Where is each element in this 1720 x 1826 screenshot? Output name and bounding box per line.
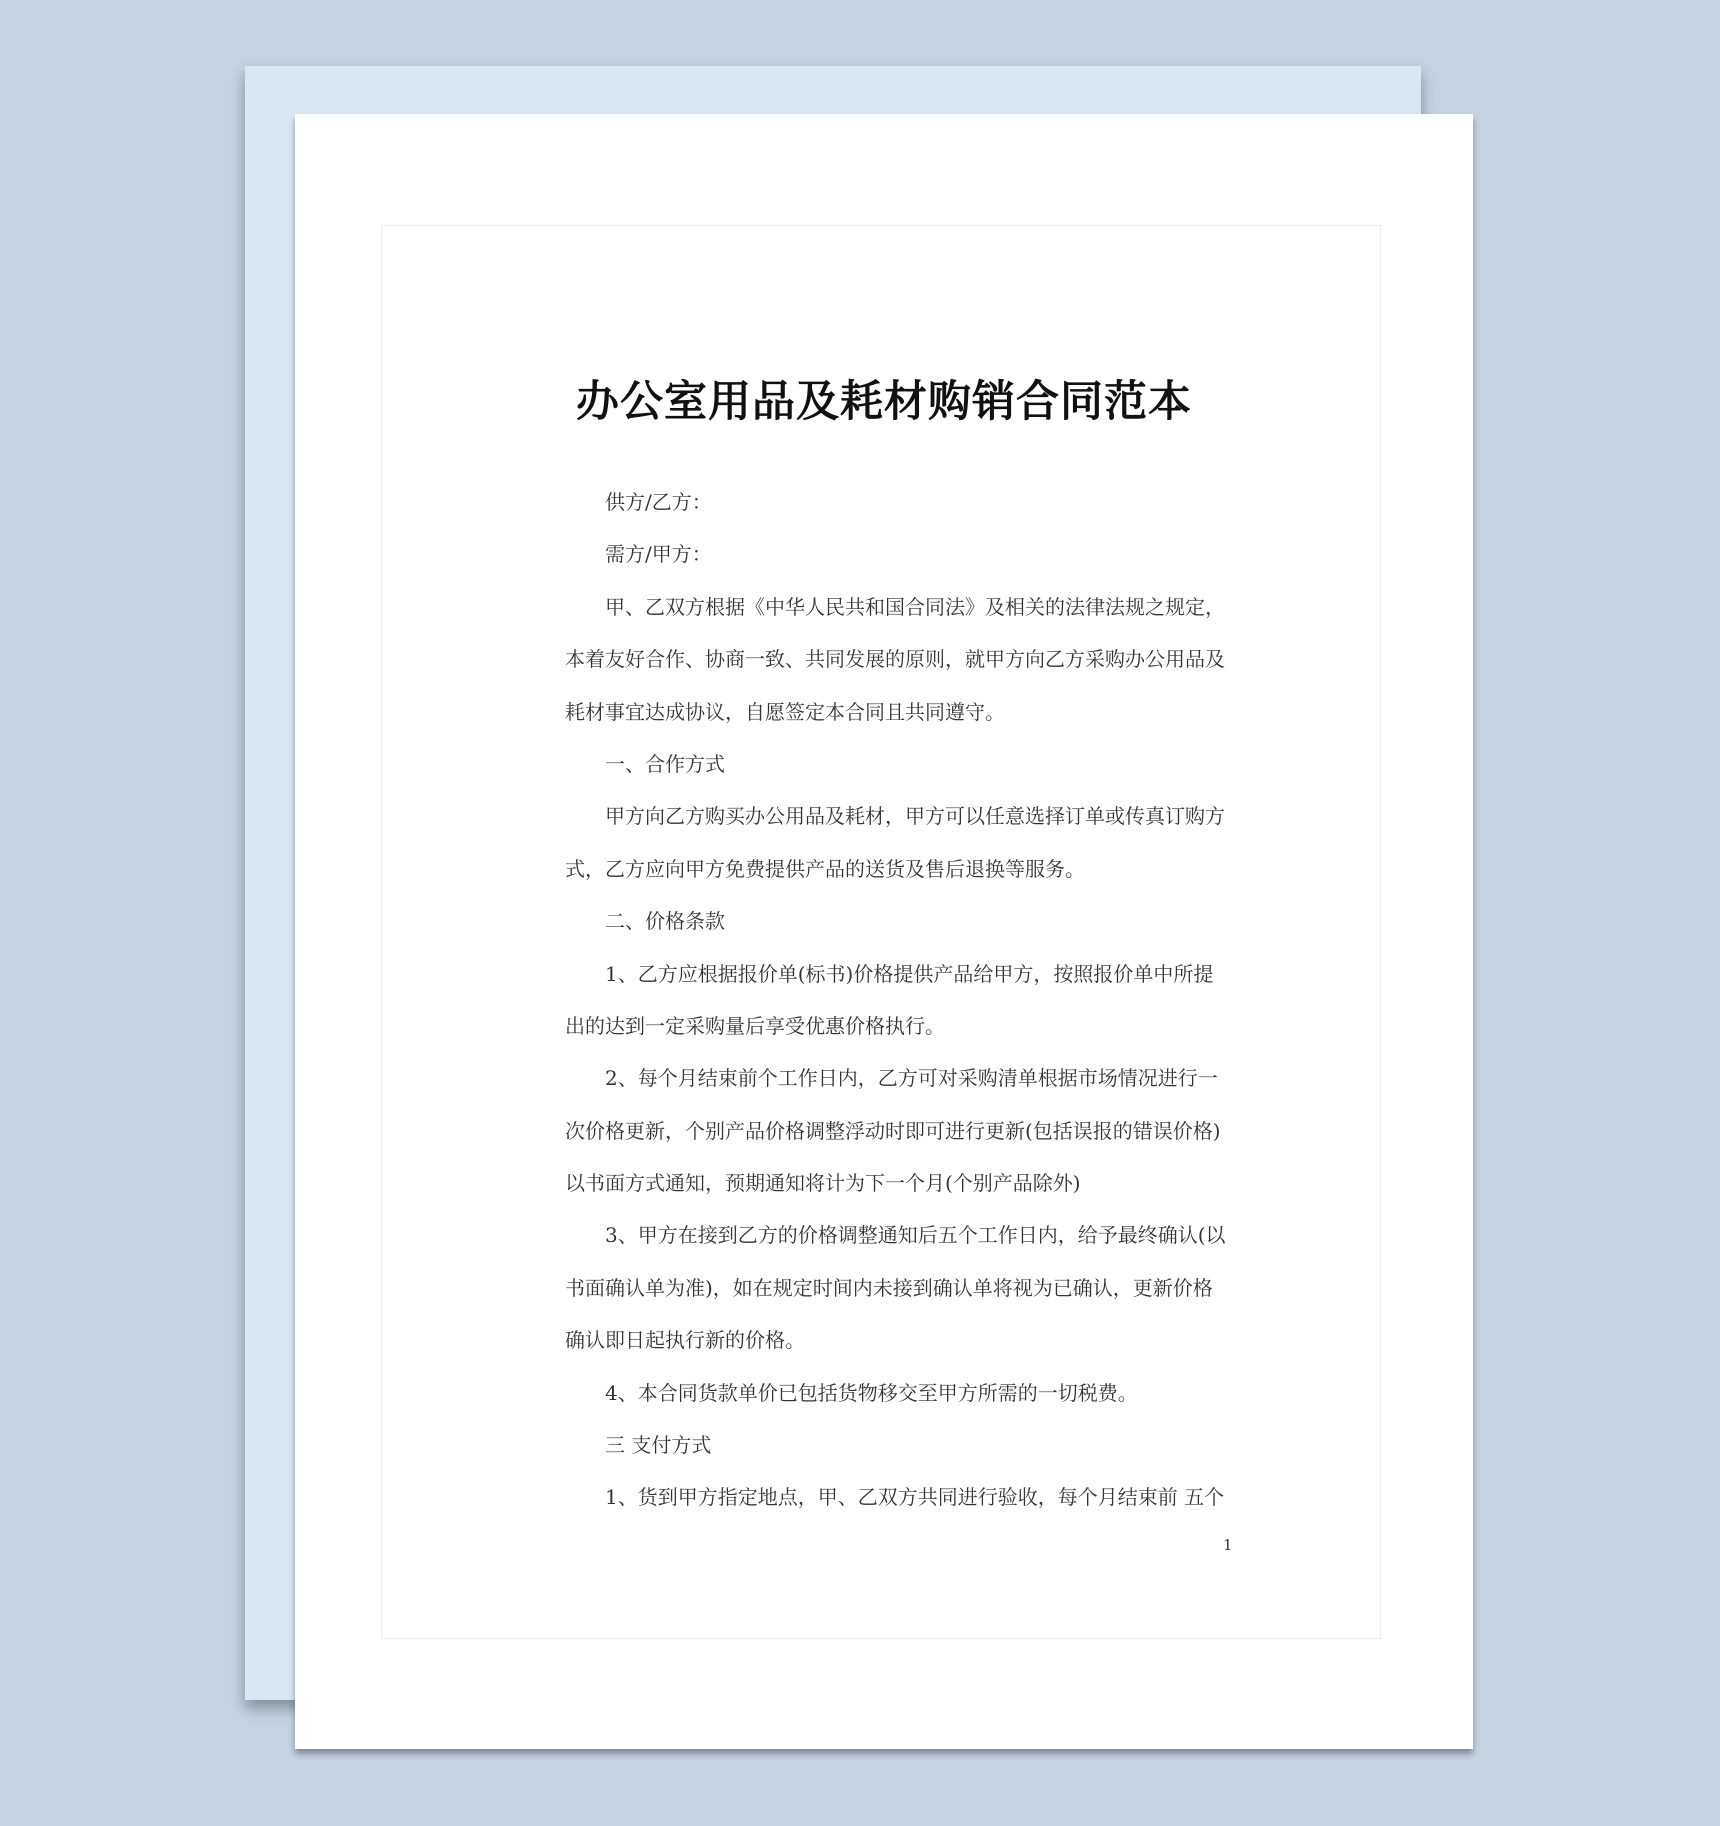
document-line: 次价格更新，个别产品价格调整浮动时即可进行更新(包括误报的错误价格) — [565, 1105, 1235, 1157]
document-line: 一、合作方式 — [565, 738, 1235, 790]
document-line: 以书面方式通知，预期通知将计为下一个月(个别产品除外) — [565, 1157, 1235, 1209]
document-body: 供方/乙方：需方/甲方：甲、乙双方根据《中华人民共和国合同法》及相关的法律法规之… — [565, 476, 1235, 1524]
document-line: 二、价格条款 — [565, 895, 1235, 947]
document-line: 确认即日起执行新的价格。 — [565, 1314, 1235, 1366]
document-line: 式，乙方应向甲方免费提供产品的送货及售后退换等服务。 — [565, 843, 1235, 895]
document-line: 本着友好合作、协商一致、共同发展的原则，就甲方向乙方采购办公用品及 — [565, 633, 1235, 685]
document-line: 书面确认单为准)，如在规定时间内未接到确认单将视为已确认，更新价格 — [565, 1262, 1235, 1314]
page-number: 1 — [1223, 1536, 1233, 1554]
document-line: 耗材事宜达成协议，自愿签定本合同且共同遵守。 — [565, 686, 1235, 738]
document-line: 出的达到一定采购量后享受优惠价格执行。 — [565, 1000, 1235, 1052]
document-line: 3、甲方在接到乙方的价格调整通知后五个工作日内，给予最终确认(以 — [565, 1209, 1235, 1261]
document-line: 供方/乙方： — [565, 476, 1235, 528]
document-line: 4、本合同货款单价已包括货物移交至甲方所需的一切税费。 — [565, 1367, 1235, 1419]
document-line: 三 支付方式 — [565, 1419, 1235, 1471]
document-line: 甲、乙双方根据《中华人民共和国合同法》及相关的法律法规之规定， — [565, 581, 1235, 633]
document-page: 办公室用品及耗材购销合同范本 供方/乙方：需方/甲方：甲、乙双方根据《中华人民共… — [295, 114, 1473, 1749]
document-line: 需方/甲方： — [565, 528, 1235, 580]
document-title: 办公室用品及耗材购销合同范本 — [295, 368, 1473, 429]
document-line: 2、每个月结束前个工作日内，乙方可对采购清单根据市场情况进行一 — [565, 1052, 1235, 1104]
document-line: 1、货到甲方指定地点，甲、乙双方共同进行验收，每个月结束前 五个 — [565, 1471, 1235, 1523]
document-line: 甲方向乙方购买办公用品及耗材，甲方可以任意选择订单或传真订购方 — [565, 790, 1235, 842]
document-line: 1、乙方应根据报价单(标书)价格提供产品给甲方，按照报价单中所提 — [565, 948, 1235, 1000]
